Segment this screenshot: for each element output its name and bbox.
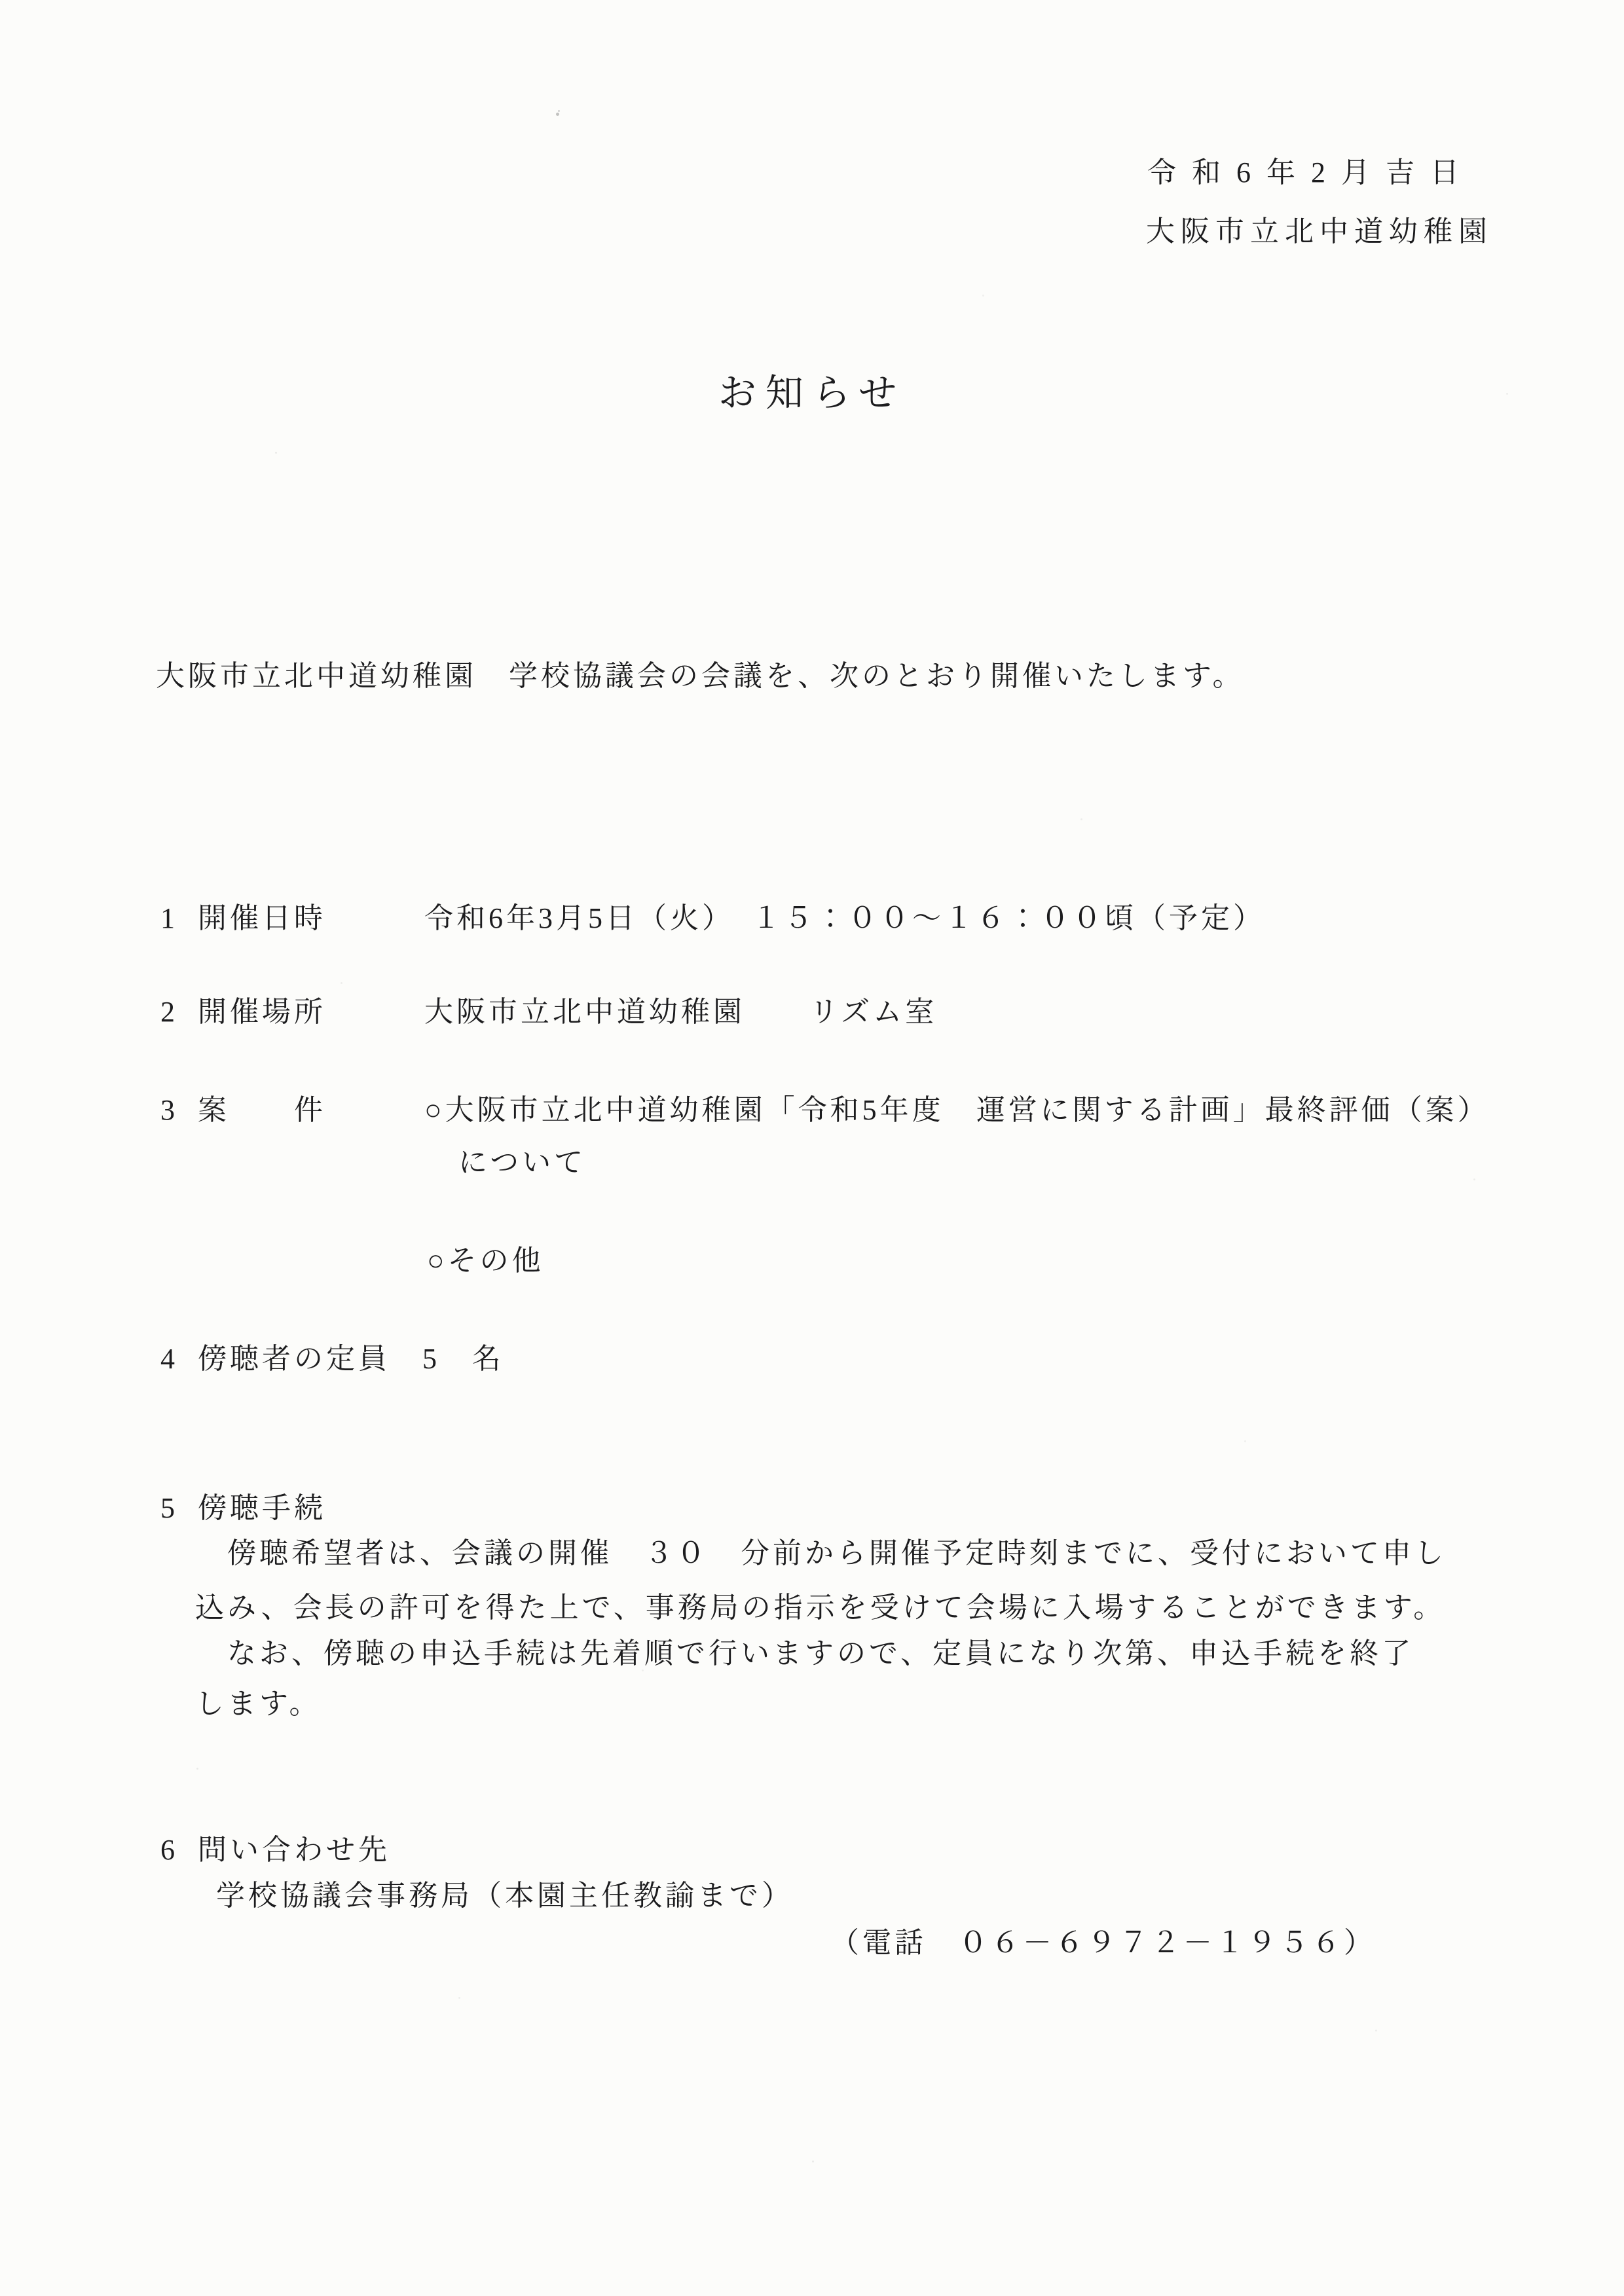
item-number: 1 xyxy=(160,900,178,936)
agenda-main-line: ○大阪市立北中道幼稚園「令和5年度 運営に関する計画」最終評価（案） xyxy=(424,1092,1490,1128)
document-page: 令和6年2月吉日 大阪市立北中道幼稚園 お知らせ 大阪市立北中道幼稚園 学校協議… xyxy=(0,0,1624,2296)
item-label-capacity: 傍聴者の定員 5 名 xyxy=(198,1341,504,1377)
item-label: 傍聴手続 xyxy=(198,1490,326,1526)
item-row-location: 2 開催場所 大阪市立北中道幼稚園 リズム室 xyxy=(0,994,1624,1033)
item-number: 2 xyxy=(160,994,178,1030)
item-number: 5 xyxy=(160,1490,178,1526)
item-label: 開催日時 xyxy=(198,900,326,936)
item-row-capacity: 4 傍聴者の定員 5 名 xyxy=(0,1341,1624,1380)
procedure-paragraph-line: します。 xyxy=(195,1686,321,1722)
procedure-paragraph-line: なお、傍聴の申込手続は先着順で行いますので、定員になり次第、申込手続を終了 xyxy=(195,1635,1414,1671)
item-row-agenda: 3 案 件 ○大阪市立北中道幼稚園「令和5年度 運営に関する計画」最終評価（案） xyxy=(0,1092,1624,1131)
procedure-paragraph-line: 込み、会長の許可を得た上で、事務局の指示を受けて会場に入場することができます。 xyxy=(195,1590,1445,1626)
page-title: お知らせ xyxy=(0,370,1624,418)
agenda-other-line: ○その他 xyxy=(427,1243,544,1279)
item-label: 問い合わせ先 xyxy=(198,1832,390,1868)
item-number: 3 xyxy=(160,1092,178,1128)
item-row-procedure: 5 傍聴手続 xyxy=(0,1490,1624,1529)
contact-phone-line: （電話 ０６－６９７２－１９５６） xyxy=(830,1925,1376,1961)
date-line: 令和6年2月吉日 xyxy=(1147,155,1475,191)
intro-text: 大阪市立北中道幼稚園 学校協議会の会議を、次のとおり開催いたします。 xyxy=(156,658,1244,694)
item-label: 案 件 xyxy=(198,1092,326,1128)
procedure-paragraph-line: 傍聴希望者は、会議の開催 ３０ 分前から開催予定時刻までに、受付において申し xyxy=(195,1535,1447,1571)
contact-office-line: 学校協議会事務局（本園主任教諭まで） xyxy=(216,1878,794,1914)
agenda-main-continuation: について xyxy=(458,1144,586,1180)
item-value-location: 大阪市立北中道幼稚園 リズム室 xyxy=(424,994,937,1030)
item-row-contact: 6 問い合わせ先 xyxy=(0,1832,1624,1871)
item-number: 6 xyxy=(160,1832,178,1868)
item-label: 開催場所 xyxy=(198,994,326,1030)
item-row-datetime: 1 開催日時 令和6年3月5日（火） １５：００～１６：００頃（予定） xyxy=(0,900,1624,939)
item-number: 4 xyxy=(160,1341,178,1377)
item-value-datetime: 令和6年3月5日（火） １５：００～１６：００頃（予定） xyxy=(424,900,1265,936)
organization-line: 大阪市立北中道幼稚園 xyxy=(1146,213,1493,249)
